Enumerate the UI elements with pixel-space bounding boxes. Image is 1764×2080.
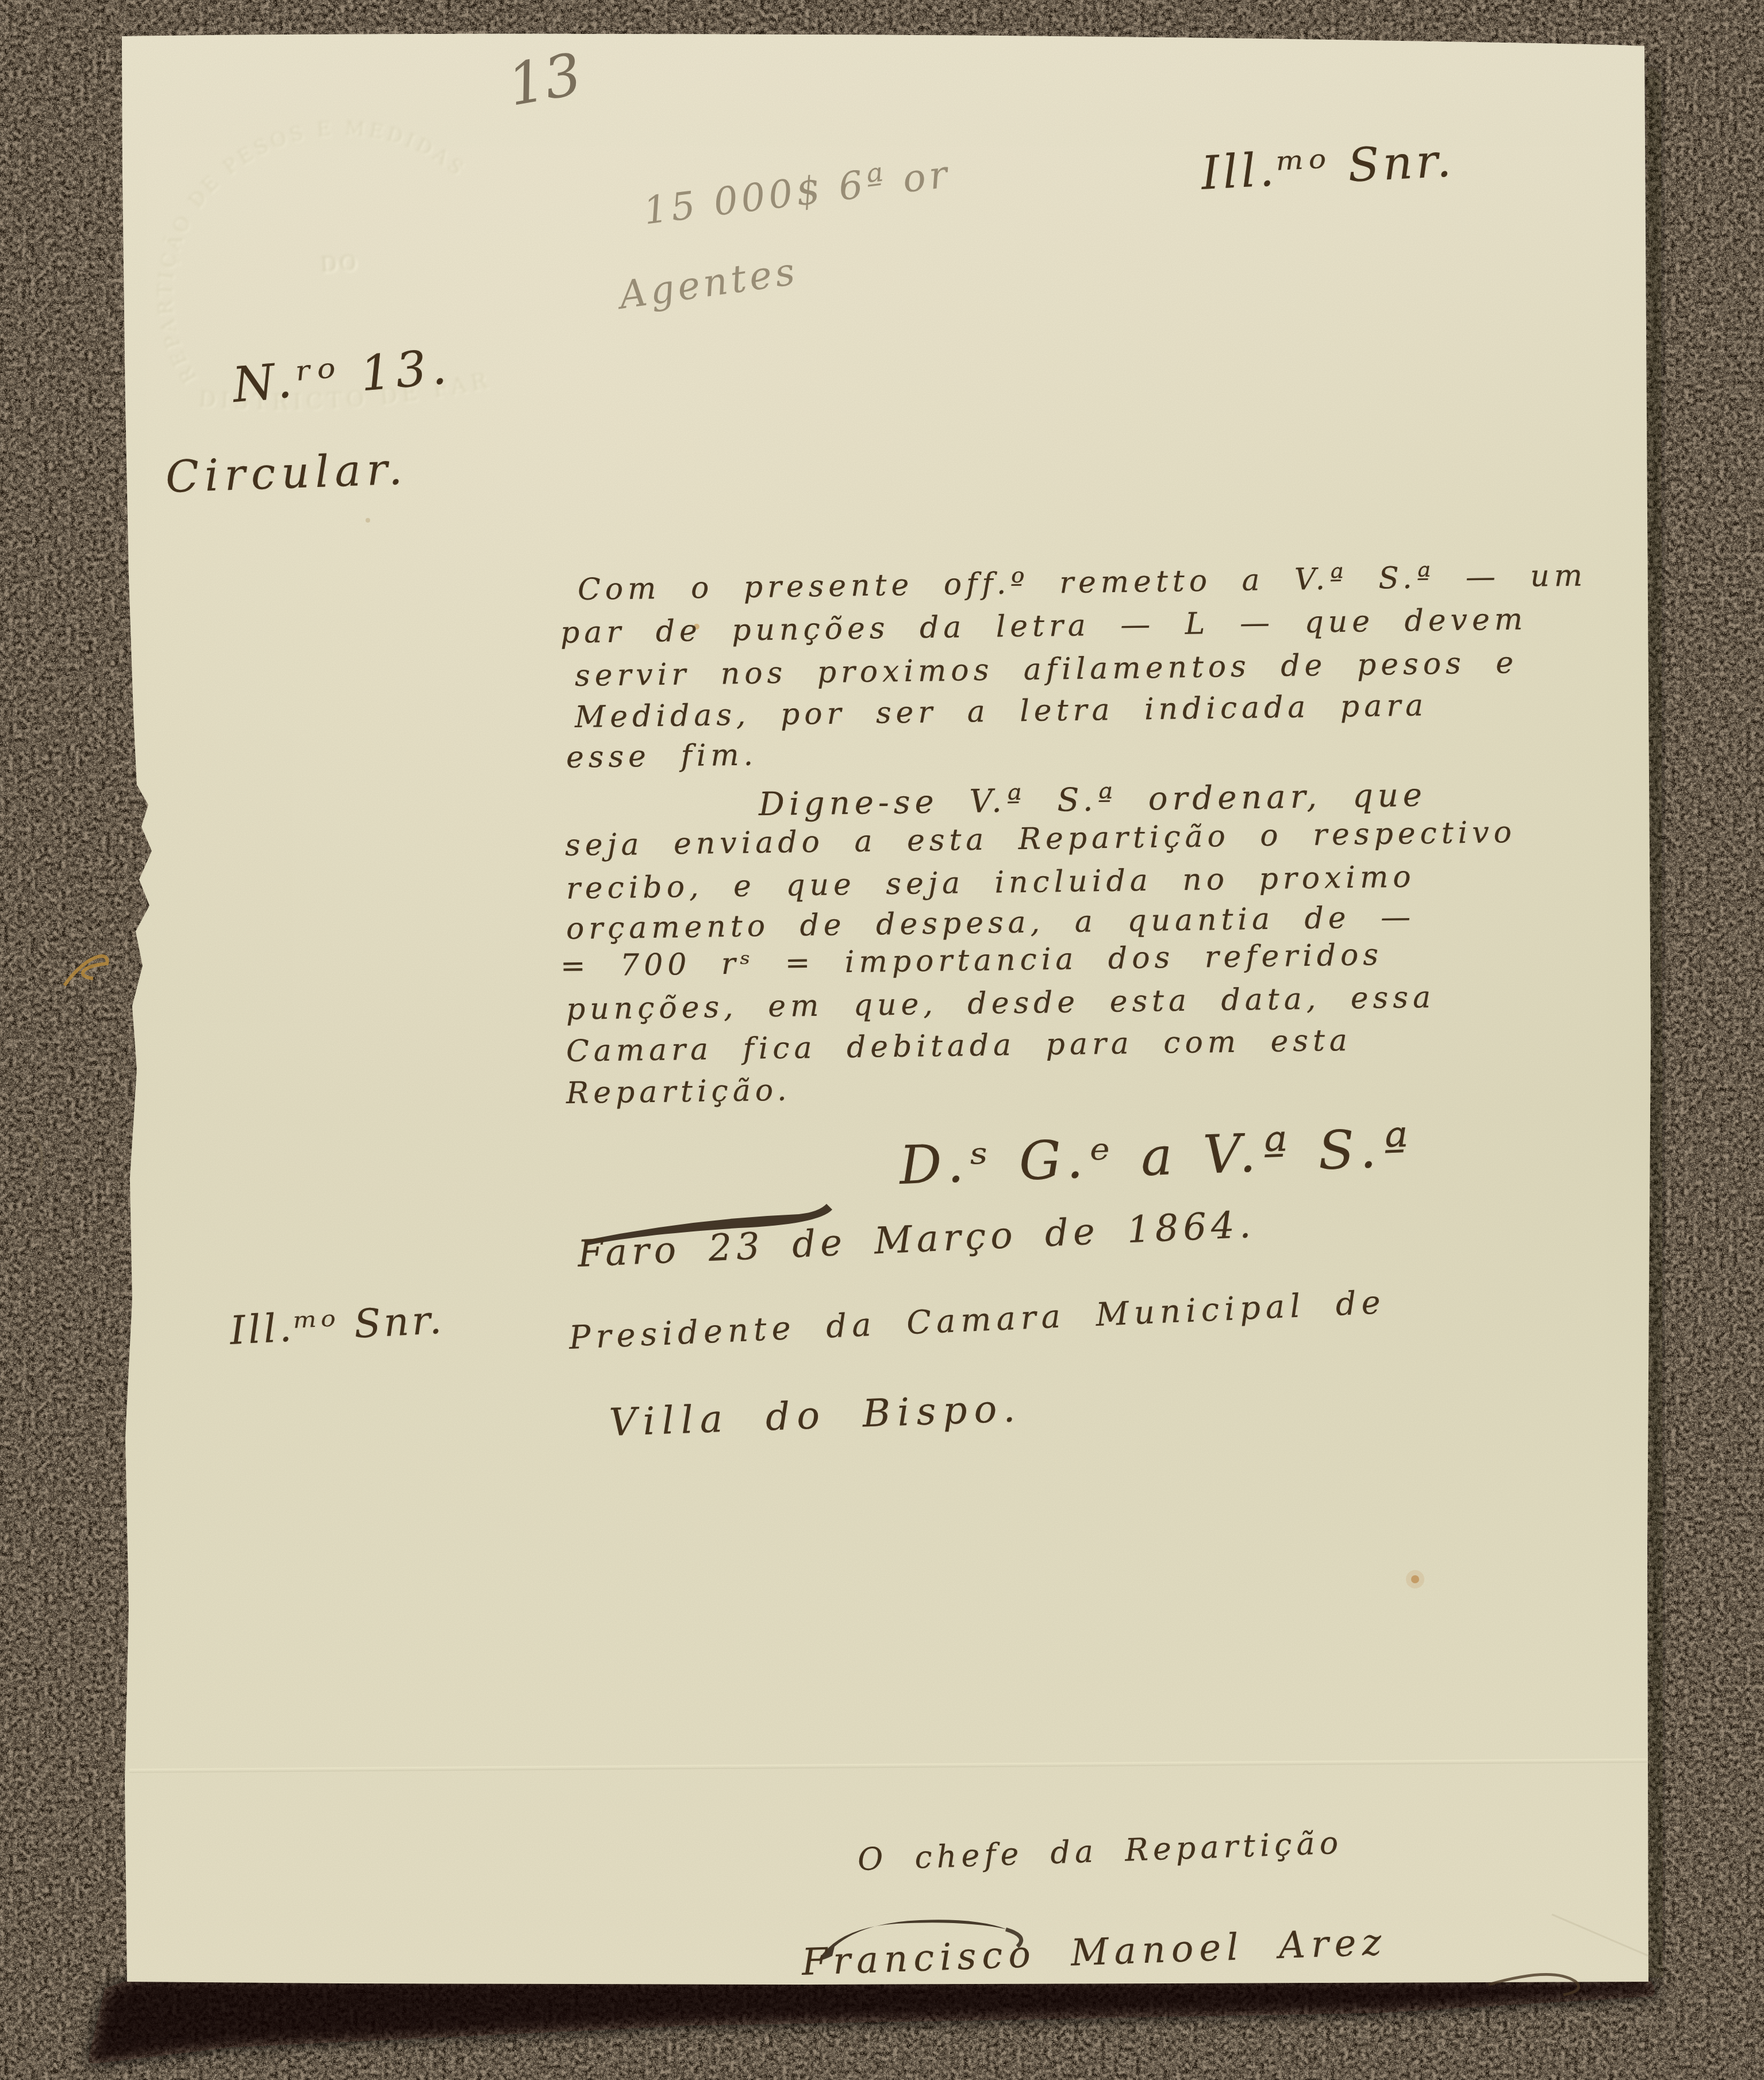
- body-p1-line5: esse fim.: [566, 740, 758, 773]
- paper-bottom-shadow: [86, 1977, 1662, 2065]
- felt-fiber-mark: [33, 1135, 42, 1169]
- top-salutation: Ill.ᵐᵒ Snr.: [1200, 137, 1455, 197]
- body-p2-line1: Digne-se V.ª S.ª ordenar, que: [759, 780, 1427, 821]
- pencil-page-number: 13: [504, 45, 586, 115]
- seal-middle-text: DO: [320, 251, 359, 277]
- document-scan: REPARTIÇÃO DE PESOS E MEDIDAS REPARTIÇÃO…: [0, 0, 1764, 2080]
- stain-fleck: [366, 518, 370, 523]
- stain-spot: [1411, 1575, 1419, 1583]
- addressee-salutation: Ill.ᵐᵒ Snr.: [229, 1300, 445, 1350]
- body-p2-line8: Repartição.: [566, 1076, 791, 1108]
- straw-fiber: [64, 956, 107, 985]
- document-type: Circular.: [165, 447, 409, 499]
